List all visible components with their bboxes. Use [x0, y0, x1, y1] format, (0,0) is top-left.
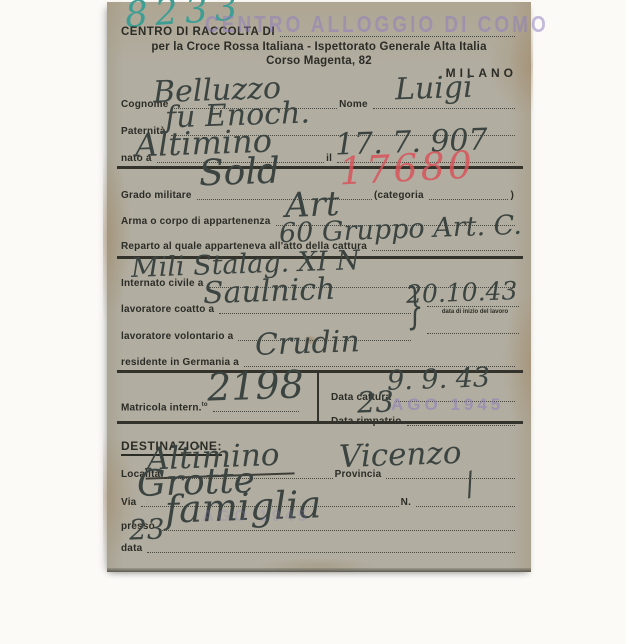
paper-stain [103, 152, 133, 322]
nome-handwriting: Luigi [395, 73, 474, 106]
dotted-line [219, 312, 411, 314]
rimpatrio-day-handwriting: 23 [357, 387, 395, 417]
dotted-line [213, 410, 299, 412]
red-registration-number-handwriting: 17680 [338, 145, 476, 190]
work-start-caption: data di inizio del lavoro [427, 309, 523, 315]
coatto-handwriting: Saulnich [203, 275, 336, 310]
dotted-line [429, 198, 509, 200]
categoria-label: (categoria [374, 190, 427, 201]
dotted-line [147, 551, 515, 553]
paper-stain [257, 558, 377, 574]
cattura-date-handwriting: 9. 9. 43 [387, 364, 491, 395]
matricola-handwriting: 2198 [206, 365, 304, 406]
section-divider [117, 421, 523, 424]
dotted-line [386, 477, 515, 479]
dotted-line [416, 505, 515, 507]
arma-label: Arma o corpo di appartenenza [121, 216, 274, 227]
data-row: data [121, 543, 517, 554]
provincia-handwriting: Vicenzo [338, 438, 461, 473]
work-start-date-handwriting: 20.10.43 [405, 278, 517, 307]
grado-label: Grado militare [121, 190, 195, 201]
il-label: il [326, 153, 335, 164]
via-n-label: N. [401, 497, 414, 508]
registration-card: 8233 CENTRO DI RACCOLTA DI CENTRO ALLOGG… [107, 2, 531, 572]
dotted-line [427, 332, 519, 334]
vertical-divider [317, 370, 319, 421]
dotted-line [373, 107, 515, 109]
reparto-handwriting: 60 Gruppo Art. C. [279, 212, 523, 247]
centro-alloggio-stamp: CENTRO ALLOGGIO DI COMO [205, 13, 549, 39]
org-subtitle-row: per la Croce Rossa Italiana - Ispettorat… [121, 41, 517, 53]
dotted-line [372, 249, 515, 251]
grado-handwriting: Sold [198, 154, 280, 193]
rimpatrio-month-stamp: AGO 1945 [391, 395, 504, 415]
data-month-stamp-ghost: AGO 1945 [202, 508, 310, 526]
dotted-line [427, 305, 519, 307]
matricola-label: Matricola intern.to [121, 402, 211, 413]
org-subtitle: per la Croce Rossa Italiana - Ispettorat… [151, 41, 486, 53]
nome-label: Nome [339, 99, 371, 110]
categoria-close: ) [510, 190, 517, 201]
data-day-handwriting: 23 [129, 515, 166, 544]
residente-handwriting: Crudin [255, 327, 361, 361]
volontario-label: lavoratore volontario a [121, 331, 236, 342]
dotted-line [407, 424, 515, 426]
